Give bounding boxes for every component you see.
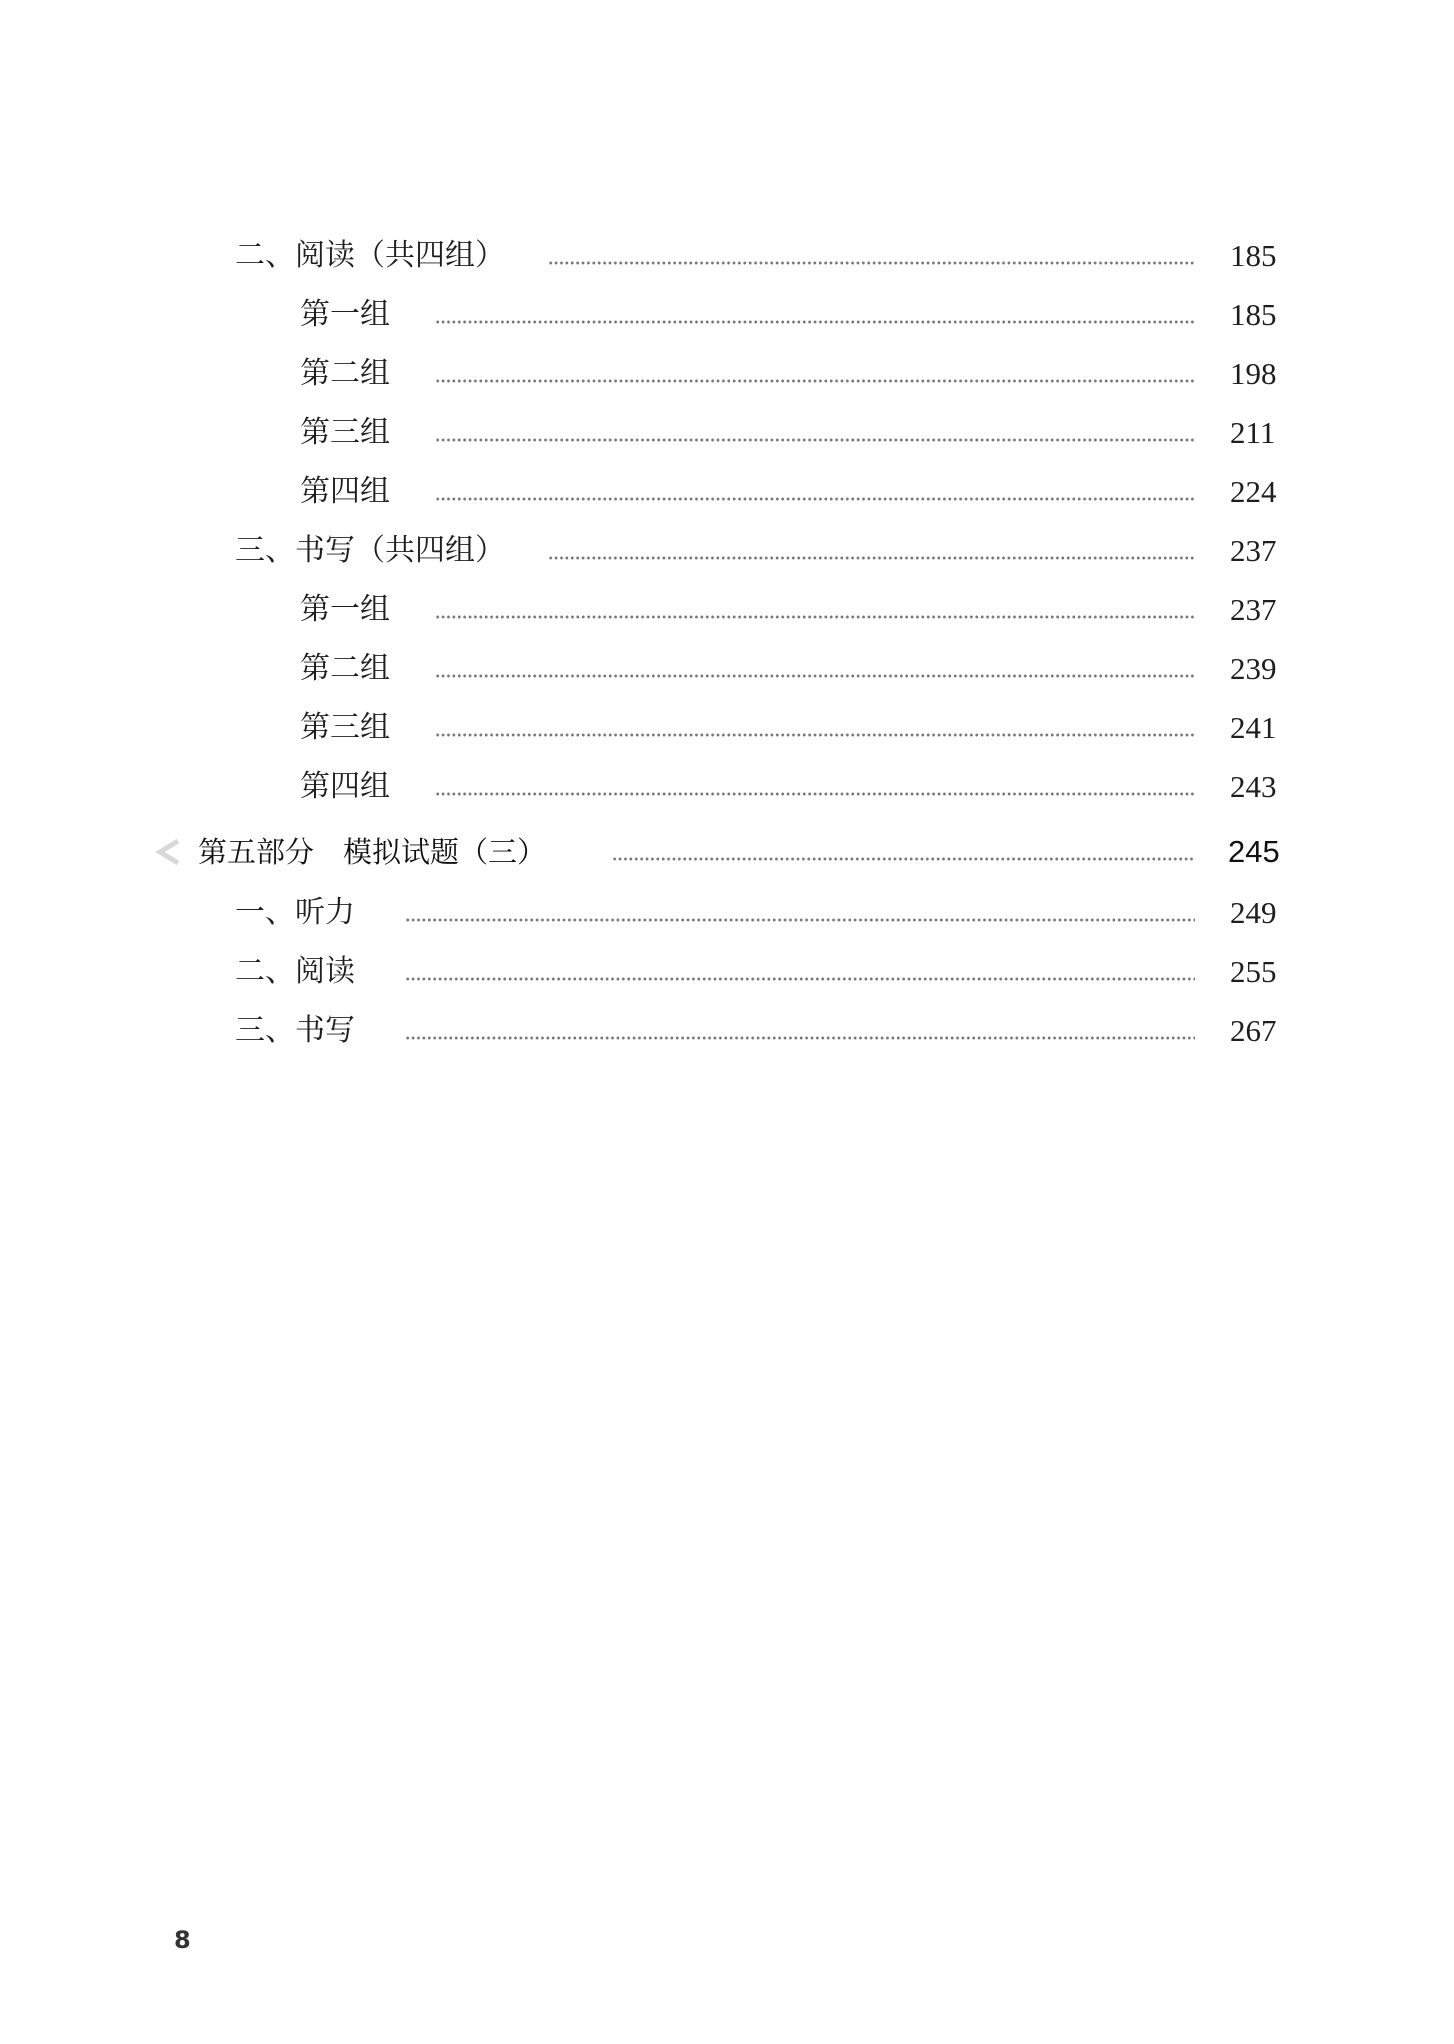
toc-entry-label: 三、书写 (235, 1011, 355, 1051)
toc-entry-page: 198 (1230, 354, 1277, 394)
toc-entry-label: 二、阅读（共四组） (235, 236, 505, 276)
toc-entry-section[interactable]: 二、阅读 255 (0, 952, 1454, 992)
dot-leader (405, 977, 1195, 981)
dot-leader (435, 497, 1195, 501)
toc-entry-page: 243 (1230, 767, 1277, 807)
toc-entry-sub[interactable]: 第一组 237 (0, 590, 1454, 630)
toc-entry-part[interactable]: 第五部分 模拟试题（三） 245 (0, 832, 1454, 872)
dot-leader (435, 320, 1195, 324)
toc-entry-label: 第五部分 模拟试题（三） (198, 832, 546, 872)
toc-entry-page: 237 (1230, 531, 1277, 571)
dot-leader (435, 438, 1195, 442)
toc-entry-page: 237 (1230, 590, 1277, 630)
toc-entry-sub[interactable]: 第三组 241 (0, 708, 1454, 748)
dot-leader (435, 792, 1195, 796)
toc-entry-label: 第四组 (300, 472, 390, 512)
toc-entry-page: 267 (1230, 1011, 1277, 1051)
toc-entry-section[interactable]: 二、阅读（共四组） 185 (0, 236, 1454, 276)
toc-entry-label: 第二组 (300, 649, 390, 689)
toc-entry-sub[interactable]: 第四组 224 (0, 472, 1454, 512)
toc-entry-section[interactable]: 一、听力 249 (0, 893, 1454, 933)
toc-entry-label: 二、阅读 (235, 952, 355, 992)
toc-entry-label: 第一组 (300, 590, 390, 630)
toc-entry-label: 第三组 (300, 708, 390, 748)
toc-entry-label: 第四组 (300, 767, 390, 807)
toc-entry-label: 第三组 (300, 413, 390, 453)
dot-leader (435, 733, 1195, 737)
toc-entry-page: 185 (1230, 295, 1277, 335)
dot-leader (548, 556, 1195, 560)
toc-entry-page: 239 (1230, 649, 1277, 689)
dot-leader (405, 1036, 1195, 1040)
toc-entry-section[interactable]: 三、书写（共四组） 237 (0, 531, 1454, 571)
dot-leader (548, 261, 1195, 265)
toc-entry-page: 241 (1230, 708, 1277, 748)
toc-entry-sub[interactable]: 第二组 239 (0, 649, 1454, 689)
toc-entry-sub[interactable]: 第四组 243 (0, 767, 1454, 807)
toc-entry-sub[interactable]: 第一组 185 (0, 295, 1454, 335)
toc-entry-label: 一、听力 (235, 893, 355, 933)
toc-entry-page: 211 (1230, 413, 1275, 453)
toc-entry-label: 第二组 (300, 354, 390, 394)
toc-entry-page: 255 (1230, 952, 1277, 992)
toc-entry-sub[interactable]: 第二组 198 (0, 354, 1454, 394)
dot-leader (405, 918, 1195, 922)
chevron-left-icon (152, 838, 182, 866)
toc-entry-page: 245 (1228, 832, 1280, 872)
page-number: 8 (174, 1926, 191, 1954)
toc-entry-sub[interactable]: 第三组 211 (0, 413, 1454, 453)
toc-entry-section[interactable]: 三、书写 267 (0, 1011, 1454, 1051)
toc-entry-page: 249 (1230, 893, 1277, 933)
dot-leader (435, 674, 1195, 678)
dot-leader (612, 857, 1195, 861)
toc-entry-page: 224 (1230, 472, 1277, 512)
dot-leader (435, 379, 1195, 383)
toc-entry-label: 第一组 (300, 295, 390, 335)
dot-leader (435, 615, 1195, 619)
toc-entry-page: 185 (1230, 236, 1277, 276)
toc-entry-label: 三、书写（共四组） (235, 531, 505, 571)
